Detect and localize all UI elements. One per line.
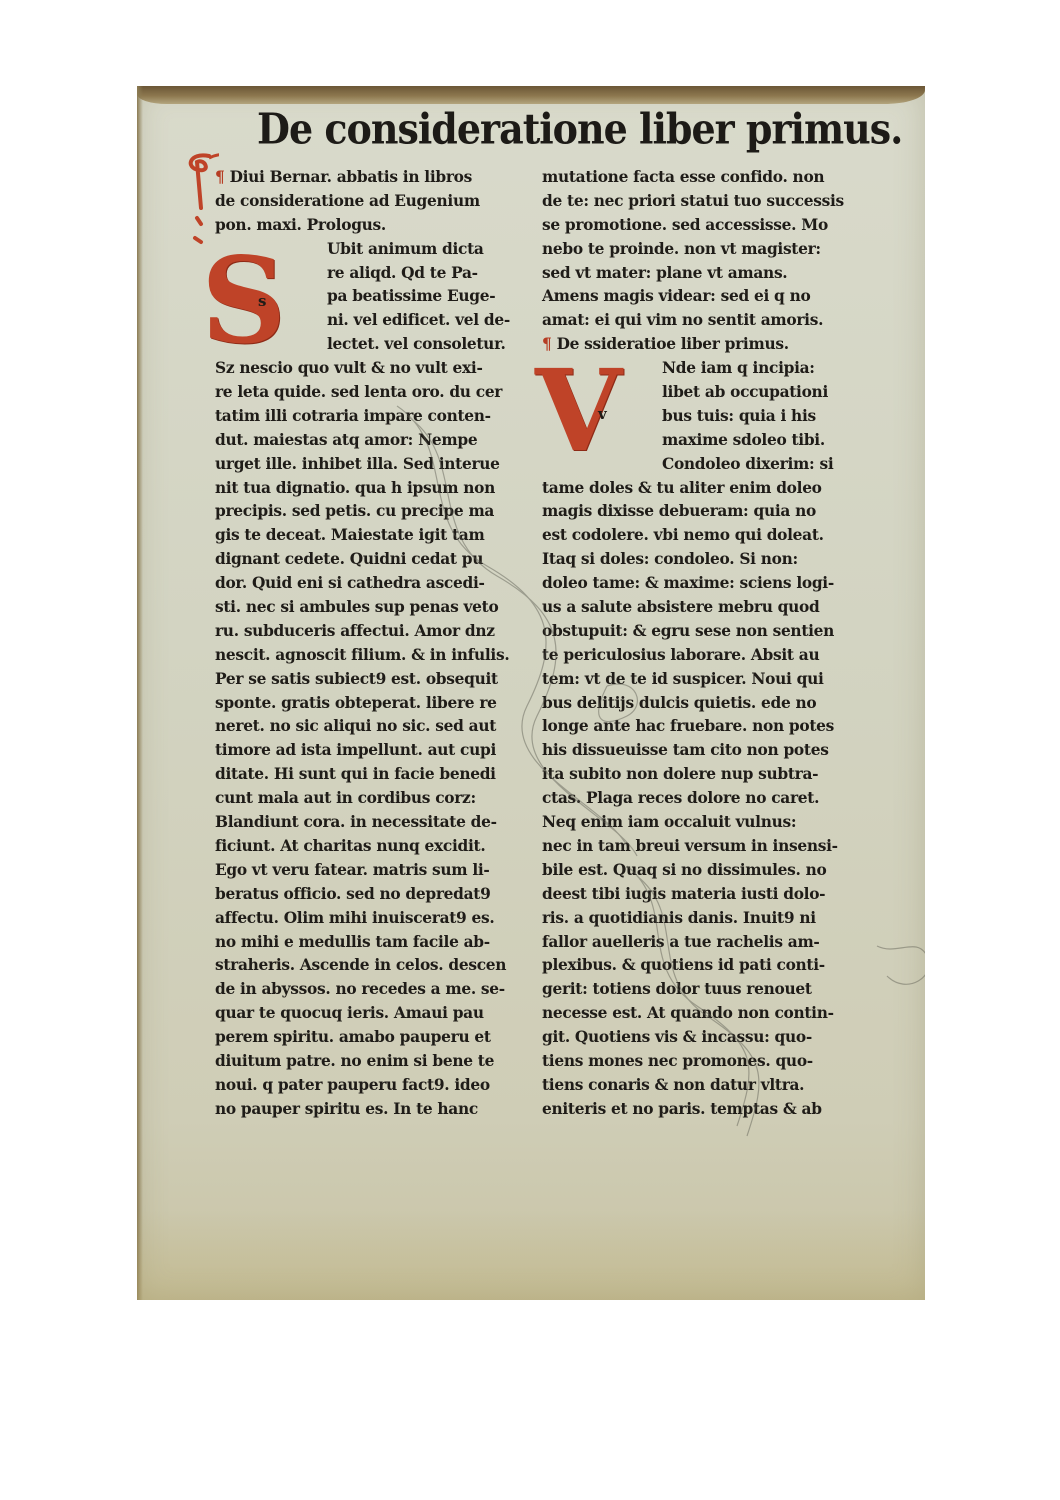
right-column: mutatione facta esse confido. non de te:… — [542, 166, 872, 1122]
text-line: deest tibi iugis materia iusti dolo- — [542, 883, 872, 907]
text-line: sed vt mater: plane vt amans. — [542, 262, 872, 286]
text-line: gerit: totiens dolor tuus renouet — [542, 978, 872, 1002]
rubricated-initial-v: V — [535, 356, 622, 468]
text-line: obstupuit: & egru sese non sentien — [542, 620, 872, 644]
text-line: nebo te proinde. non vt magister: — [542, 238, 872, 262]
text-line: ru. subduceris affectui. Amor dnz — [215, 620, 545, 644]
text-line: doleo tame: & maxime: sciens logi- — [542, 572, 872, 596]
text-line: diuitum patre. no enim si bene te — [215, 1050, 545, 1074]
text-line: his dissueuisse tam cito non potes — [542, 739, 872, 763]
running-head: De consideratione liber primus. — [257, 104, 867, 154]
text-line: straheris. Ascende in celos. descen — [215, 954, 545, 978]
text-line: affectu. Olim mihi inuiscerat9 es. — [215, 907, 545, 931]
text-line: Amens magis videar: sed ei q no — [542, 285, 872, 309]
text-line: urget ille. inhibet illa. Sed interue — [215, 453, 545, 477]
text-line: te periculosius laborare. Absit au — [542, 644, 872, 668]
text-line: longe ante hac fruebare. non potes — [542, 715, 872, 739]
text-line: cunt mala aut in cordibus corz: — [215, 787, 545, 811]
text-line: eniteris et no paris. temptas & ab — [542, 1098, 872, 1122]
paragraph-mark-icon: ¶ — [215, 168, 225, 186]
text-line: timore ad ista impellunt. aut cupi — [215, 739, 545, 763]
text-line: us a salute absistere mebru quod — [542, 596, 872, 620]
incipit-line: de consideratione ad Eugenium — [215, 190, 545, 214]
text-line: gis te deceat. Maiestate igit tam — [215, 524, 545, 548]
text-line: bus delitijs dulcis quietis. ede no — [542, 692, 872, 716]
text-line: no mihi e medullis tam facile ab- — [215, 931, 545, 955]
text-line: precipis. sed petis. cu precipe ma — [215, 500, 545, 524]
text-line: Blandiunt cora. in necessitate de- — [215, 811, 545, 835]
text-line: magis dixisse debueram: quia no — [542, 500, 872, 524]
text-line: Neq enim iam occaluit vulnus: — [542, 811, 872, 835]
text-line: re leta quide. sed lenta oro. du cer — [215, 381, 545, 405]
text-line: perem spiritu. amabo pauperu et — [215, 1026, 545, 1050]
text-line: Per se satis subiect9 est. obsequit — [215, 668, 545, 692]
text-line: tame doles & tu aliter enim doleo — [542, 477, 872, 501]
text-line: de te: nec priori statui tuo successis — [542, 190, 872, 214]
text-line: quar te quocuq ieris. Amaui pau — [215, 1002, 545, 1026]
text-line: beratus officio. sed no depredat9 — [215, 883, 545, 907]
text-line: noui. q pater pauperu fact9. ideo — [215, 1074, 545, 1098]
text-line: neret. no sic aliqui no sic. sed aut — [215, 715, 545, 739]
text-line: plexibus. & quotiens id pati conti- — [542, 954, 872, 978]
text-line: ris. a quotidianis danis. Inuit9 ni — [542, 907, 872, 931]
binding-edge — [137, 86, 925, 104]
text-line: se promotione. sed accessisse. Mo — [542, 214, 872, 238]
text-line: est codolere. vbi nemo qui doleat. — [542, 524, 872, 548]
text-line: tiens mones nec promones. quo- — [542, 1050, 872, 1074]
text-line: dut. maiestas atq amor: Nempe — [215, 429, 545, 453]
text-line: sponte. gratis obteperat. libere re — [215, 692, 545, 716]
incipit-line: ¶ Diui Bernar. abbatis in libros — [215, 166, 545, 190]
guide-letter: v — [598, 405, 607, 423]
text-line: nescit. agnoscit filium. & in infulis. — [215, 644, 545, 668]
text-line: tem: vt de te id suspicer. Noui qui — [542, 668, 872, 692]
text-line: necesse est. At quando non contin- — [542, 1002, 872, 1026]
text-line: mutatione facta esse confido. non — [542, 166, 872, 190]
text-line: Ego vt veru fatear. matris sum li- — [215, 859, 545, 883]
text-line: sti. nec si ambules sup penas veto — [215, 596, 545, 620]
text-line: tatim illi cotraria impare conten- — [215, 405, 545, 429]
text-line: no pauper spiritu es. In te hanc — [215, 1098, 545, 1122]
text-line: ita subito non dolere nup subtra- — [542, 763, 872, 787]
guide-letter: s — [258, 292, 266, 310]
text-line: nit tua dignatio. qua h ipsum non — [215, 477, 545, 501]
text-line: nec in tam breui versum in insensi- — [542, 835, 872, 859]
text-line: de in abyssos. no recedes a me. se- — [215, 978, 545, 1002]
text-line: dignant cedete. Quidni cedat pu — [215, 548, 545, 572]
manuscript-page: De consideratione liber primus. ¶ Diui B… — [137, 86, 925, 1300]
text-line: ctas. Plaga reces dolore no caret. — [542, 787, 872, 811]
text-line: ficiunt. At charitas nunq excidit. — [215, 835, 545, 859]
text-line: amat: ei qui vim no sentit amoris. — [542, 309, 872, 333]
text-line: ditate. Hi sunt qui in facie benedi — [215, 763, 545, 787]
text-line: Itaq si doles: condoleo. Si non: — [542, 548, 872, 572]
text-line: tiens conaris & non datur vltra. — [542, 1074, 872, 1098]
text-line: dor. Quid eni si cathedra ascedi- — [215, 572, 545, 596]
text-line: bile est. Quaq si no dissimules. no — [542, 859, 872, 883]
text-line: git. Quotiens vis & incassu: quo- — [542, 1026, 872, 1050]
rubricated-initial-s: S — [201, 242, 286, 360]
page-stain — [137, 1210, 925, 1300]
page-left-edge — [137, 86, 143, 1300]
text-line: fallor auelleris a tue rachelis am- — [542, 931, 872, 955]
